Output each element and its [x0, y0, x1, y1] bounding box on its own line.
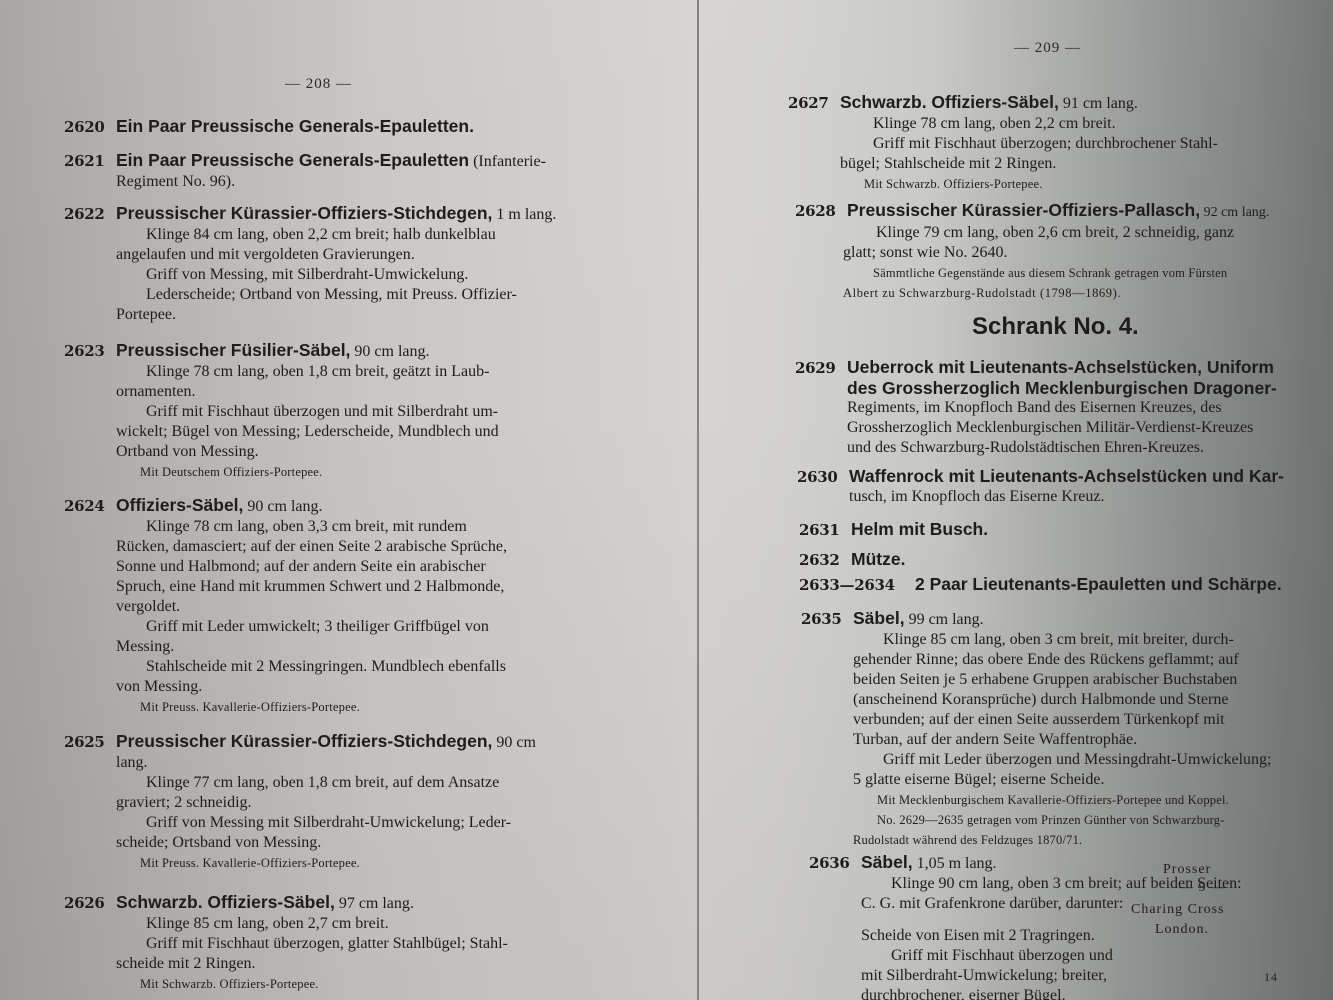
entry-title: Schwarzb. Offiziers-Säbel, — [840, 92, 1059, 112]
entry-number: 2629 — [795, 358, 847, 378]
entry-line: C. G. mit Grafenkrone darüber, darunter: — [861, 894, 1327, 914]
entry-number: 2636 — [809, 853, 861, 873]
catalog-entry: 2625Preussischer Kürassier-Offiziers-Sti… — [64, 731, 609, 873]
entry-text: 1 m lang. — [492, 206, 556, 223]
entry-title: Waffenrock mit Lieutenants-Achselstücken… — [849, 466, 1284, 486]
entry-line: gehender Rinne; das obere Ende des Rücke… — [853, 650, 1319, 670]
entry-line: Klinge 84 cm lang, oben 2,2 cm breit; ha… — [116, 225, 609, 245]
entry-title: Ueberrock mit Lieutenants-Achselstücken,… — [847, 357, 1274, 377]
entry-number: 2635 — [801, 609, 853, 629]
page-number: — 208 — — [285, 76, 352, 93]
entry-line: tusch, im Knopfloch das Eiserne Kreuz. — [849, 487, 1315, 507]
page-number: — 209 — — [1014, 40, 1081, 57]
entry-line: des Grossherzoglich Mecklenburgischen Dr… — [847, 378, 1313, 398]
entry-title: Offiziers-Säbel, — [116, 495, 243, 515]
entry-line: angelaufen und mit vergoldeten Gravierun… — [116, 245, 609, 265]
entry-note: Mit Schwarzb. Offiziers-Portepee. — [840, 174, 1306, 194]
entry-note: Mit Schwarzb. Offiziers-Portepee. — [116, 974, 609, 994]
maker-mark-line: — 9 — — [1179, 880, 1226, 896]
entry-line: Portepee. — [116, 305, 609, 325]
entry-title: Preussischer Kürassier-Offiziers-Pallasc… — [847, 200, 1200, 220]
left-page: — 208 — 2620Ein Paar Preussische General… — [0, 0, 697, 1000]
entry-title: Ein Paar Preussische Generals-Epauletten… — [116, 116, 474, 136]
entry-line: Lederscheide; Ortband von Messing, mit P… — [116, 285, 609, 305]
entry-number: 2624 — [64, 496, 116, 516]
entry-number: 2630 — [797, 467, 849, 487]
entry-text: 99 cm lang. — [905, 611, 984, 628]
entry-line: Grossherzoglich Mecklenburgischen Militä… — [847, 418, 1313, 438]
entry-note: Mit Mecklenburgischem Kavallerie-Offizie… — [853, 790, 1319, 810]
entry-number: 2620 — [64, 117, 116, 137]
entry-line: graviert; 2 schneidig. — [116, 793, 609, 813]
catalog-entry: 2620Ein Paar Preussische Generals-Epaule… — [64, 116, 609, 137]
entry-line: Turban, auf der andern Seite Waffentroph… — [853, 730, 1319, 750]
entry-title: Preussischer Kürassier-Offiziers-Stichde… — [116, 731, 492, 751]
entry-number: 2623 — [64, 341, 116, 361]
entry-line: und des Schwarzburg-Rudolstädtischen Ehr… — [847, 438, 1313, 458]
entry-note: Mit Deutschem Offiziers-Portepee. — [116, 462, 609, 482]
entry-line: Scheide von Eisen mit 2 Tragringen. — [861, 926, 1327, 946]
catalog-entry: 2635Säbel, 99 cm lang. Klinge 85 cm lang… — [801, 608, 1319, 850]
entry-line: Griff mit Leder überzogen und Messingdra… — [853, 750, 1319, 770]
catalog-entry: 2622Preussischer Kürassier-Offiziers-Sti… — [64, 203, 609, 325]
signature-mark: 14 — [1264, 970, 1278, 985]
entry-line: 5 glatte eiserne Bügel; eiserne Scheide. — [853, 770, 1319, 790]
entry-line: Griff mit Fischhaut überzogen, glatter S… — [116, 934, 609, 954]
entry-line: Griff von Messing, mit Silberdraht-Umwic… — [116, 265, 609, 285]
entry-text: 1,05 m lang. — [913, 855, 997, 872]
entry-line: Regiment No. 96). — [116, 172, 609, 192]
right-page: — 209 — 2627Schwarzb. Offiziers-Säbel, 9… — [699, 0, 1333, 1000]
entry-number: 2633—2634 — [799, 575, 915, 595]
entry-line: ornamenten. — [116, 382, 609, 402]
entry-note: Sämmtliche Gegenstände aus diesem Schran… — [843, 263, 1313, 283]
section-heading: Schrank No. 4. — [972, 313, 1139, 341]
entry-line: Spruch, eine Hand mit krummen Schwert un… — [116, 577, 609, 597]
entry-note: Albert zu Schwarzburg-Rudolstadt (1798—1… — [843, 283, 1313, 303]
catalog-entry: 2626Schwarzb. Offiziers-Säbel, 97 cm lan… — [64, 892, 609, 994]
entry-line: beiden Seiten je 5 erhabene Gruppen arab… — [853, 670, 1319, 690]
entry-number: 2626 — [64, 893, 116, 913]
entry-text: 91 cm lang. — [1059, 95, 1138, 112]
catalog-entry: 2627Schwarzb. Offiziers-Säbel, 91 cm lan… — [788, 92, 1306, 194]
entry-line: (anscheinend Koransprüche) durch Halbmon… — [853, 690, 1319, 710]
entry-line: Klinge 85 cm lang, oben 2,7 cm breit. — [116, 914, 609, 934]
catalog-entry: 2632Mütze. — [799, 549, 1317, 570]
entry-line: Griff von Messing mit Silberdraht-Umwick… — [116, 813, 609, 833]
entry-text: 92 cm lang. — [1200, 205, 1269, 220]
entry-line: Rücken, damasciert; auf der einen Seite … — [116, 537, 609, 557]
catalog-entry: 2629Ueberrock mit Lieutenants-Achselstüc… — [795, 357, 1313, 458]
catalog-entry: 2624Offiziers-Säbel, 90 cm lang. Klinge … — [64, 495, 609, 717]
entry-number: 2622 — [64, 204, 116, 224]
entry-text: (Infanterie- — [469, 153, 546, 170]
entry-note: No. 2629—2635 getragen vom Prinzen Günth… — [853, 810, 1319, 830]
entry-line: Stahlscheide mit 2 Messingringen. Mundbl… — [116, 657, 609, 677]
maker-mark-line: Charing Cross — [1131, 902, 1225, 918]
entry-line: Griff mit Fischhaut überzogen; durchbroc… — [840, 134, 1306, 154]
entry-number: 2625 — [64, 732, 116, 752]
entry-note: Mit Preuss. Kavallerie-Offiziers-Portepe… — [116, 697, 609, 717]
entry-title: Säbel, — [853, 608, 905, 628]
catalog-entry: 2630Waffenrock mit Lieutenants-Achselstü… — [797, 466, 1315, 507]
entry-text: 90 cm — [492, 734, 536, 751]
entry-line: Messing. — [116, 637, 609, 657]
entry-text: 90 cm lang. — [243, 498, 322, 515]
entry-title: Preussischer Füsilier-Säbel, — [116, 340, 350, 360]
entry-title: Säbel, — [861, 852, 913, 872]
maker-mark-line: Prosser — [1163, 862, 1211, 878]
catalog-entry: 2631Helm mit Busch. — [799, 519, 1317, 540]
entry-title: Helm mit Busch. — [851, 519, 988, 539]
entry-line: Regiments, im Knopfloch Band des Eiserne… — [847, 398, 1313, 418]
entry-line: Klinge 78 cm lang, oben 2,2 cm breit. — [840, 114, 1306, 134]
entry-line: von Messing. — [116, 677, 609, 697]
entry-line: Klinge 78 cm lang, oben 1,8 cm breit, ge… — [116, 362, 609, 382]
catalog-entry: 2628Preussischer Kürassier-Offiziers-Pal… — [795, 200, 1313, 303]
entry-line: Ortband von Messing. — [116, 442, 609, 462]
entry-note: Mit Preuss. Kavallerie-Offiziers-Portepe… — [116, 853, 609, 873]
entry-line: bügel; Stahlscheide mit 2 Ringen. — [840, 154, 1306, 174]
maker-mark-line: London. — [1155, 922, 1209, 938]
entry-note: Rudolstadt während des Feldzuges 1870/71… — [853, 830, 1319, 850]
entry-line: wickelt; Bügel von Messing; Lederscheide… — [116, 422, 609, 442]
entry-title: Preussischer Kürassier-Offiziers-Stichde… — [116, 203, 492, 223]
entry-text: 90 cm lang. — [350, 343, 429, 360]
entry-line: Klinge 85 cm lang, oben 3 cm breit, mit … — [853, 630, 1319, 650]
entry-number: 2621 — [64, 151, 116, 171]
entry-line: glatt; sonst wie No. 2640. — [843, 243, 1313, 263]
entry-number: 2631 — [799, 520, 851, 540]
entry-line: mit Silberdraht-Umwickelung; breiter, — [861, 966, 1327, 986]
entry-title: Schwarzb. Offiziers-Säbel, — [116, 892, 335, 912]
entry-title: Mütze. — [851, 549, 905, 569]
entry-line: Klinge 78 cm lang, oben 3,3 cm breit, mi… — [116, 517, 609, 537]
entry-line: scheide mit 2 Ringen. — [116, 954, 609, 974]
entry-number: 2628 — [795, 201, 847, 221]
entry-title: Ein Paar Preussische Generals-Epauletten — [116, 150, 469, 170]
entry-line: Klinge 90 cm lang, oben 3 cm breit; auf … — [861, 874, 1327, 894]
entry-number: 2627 — [788, 93, 840, 113]
entry-line: verbunden; auf der einen Seite ausserdem… — [853, 710, 1319, 730]
entry-line: vergoldet. — [116, 597, 609, 617]
entry-line: Klinge 77 cm lang, oben 1,8 cm breit, au… — [116, 773, 609, 793]
entry-number: 2632 — [799, 550, 851, 570]
entry-text: 97 cm lang. — [335, 895, 414, 912]
entry-line: Sonne und Halbmond; auf der andern Seite… — [116, 557, 609, 577]
entry-line: lang. — [116, 753, 609, 773]
entry-line: Griff mit Leder umwickelt; 3 theiliger G… — [116, 617, 609, 637]
catalog-entry: 2636Säbel, 1,05 m lang. Klinge 90 cm lan… — [809, 852, 1327, 1000]
catalog-entry: 2621Ein Paar Preussische Generals-Epaule… — [64, 150, 609, 192]
entry-line: durchbrochener, eiserner Bügel. — [861, 986, 1327, 1000]
catalog-entry: 2633—26342 Paar Lieutenants-Epauletten u… — [799, 574, 1319, 595]
entry-line: Griff mit Fischhaut überzogen und — [861, 946, 1327, 966]
entry-line: Griff mit Fischhaut überzogen und mit Si… — [116, 402, 609, 422]
entry-line: scheide; Ortsband von Messing. — [116, 833, 609, 853]
entry-title: 2 Paar Lieutenants-Epauletten und Schärp… — [915, 574, 1282, 594]
entry-line: Klinge 79 cm lang, oben 2,6 cm breit, 2 … — [843, 223, 1313, 243]
catalog-entry: 2623Preussischer Füsilier-Säbel, 90 cm l… — [64, 340, 609, 482]
